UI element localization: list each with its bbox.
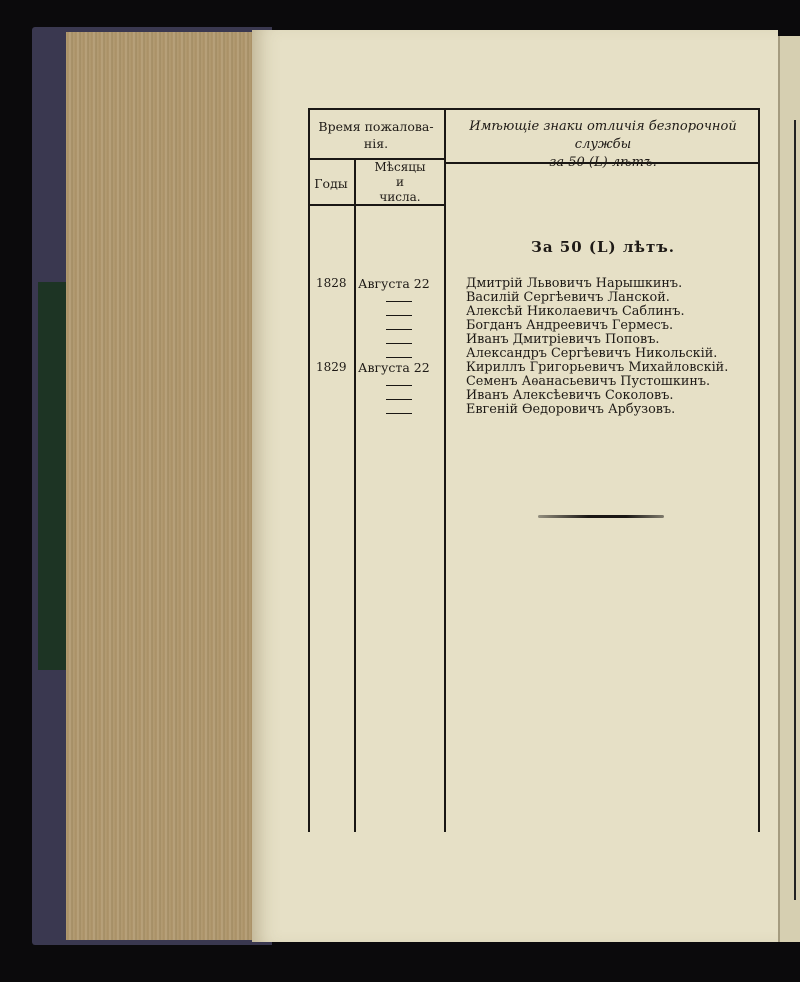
ditto-mark <box>386 413 412 414</box>
ditto-mark <box>386 399 412 400</box>
header-award-title-text: Имѣющіе знаки отличія безпорочной службы… <box>446 118 760 172</box>
list-item-name: Евгеній Ѳедоровичъ Арбузовъ. <box>466 402 675 417</box>
list-item-name: Алексѣй Николаевичъ Саблинъ. <box>466 304 685 319</box>
list-item-name: Богданъ Андреевичъ Гермесъ. <box>466 318 673 333</box>
group-year: 1829 <box>316 360 347 374</box>
list-item-name: Иванъ Алексѣевичъ Соколовъ. <box>466 388 673 403</box>
ditto-mark <box>386 315 412 316</box>
group-date: Августа 22 <box>358 276 430 291</box>
list-item-name: Василій Сергѣевичъ Ланской. <box>466 290 670 305</box>
header-time-granted-text: Время пожалова- нія. <box>308 118 444 152</box>
list-item-name: Кириллъ Григорьевичъ Михайловскій. <box>466 360 728 375</box>
table-right-border <box>758 108 760 832</box>
header-award-title: Имѣющіе знаки отличія безпорочной службы… <box>446 118 760 172</box>
table-top-border <box>308 108 760 110</box>
group-date: Августа 22 <box>358 360 430 375</box>
header-months-days-text: Мѣсяцы и числа. <box>356 160 444 205</box>
section-end-rule <box>538 515 664 518</box>
page-edges <box>66 32 256 940</box>
list-item-name: Иванъ Дмитріевичъ Поповъ. <box>466 332 659 347</box>
list-item-name: Дмитрій Львовичъ Нарышкинъ. <box>466 276 682 291</box>
header-time-granted: Время пожалова- нія. <box>308 118 444 152</box>
ditto-mark <box>386 343 412 344</box>
next-page-table-border <box>794 120 796 900</box>
book-cover-green-spine <box>38 282 68 670</box>
ditto-mark <box>386 385 412 386</box>
column-divider-years <box>354 160 356 832</box>
list-item-name: Семенъ Аѳанасьевичъ Пустошкинъ. <box>466 374 710 389</box>
next-page-edge <box>778 36 800 942</box>
ditto-mark <box>386 357 412 358</box>
header-years: Годы <box>308 176 354 191</box>
table-left-border <box>308 108 310 832</box>
awards-table: Время пожалова- нія. Имѣющіе знаки отлич… <box>308 108 760 832</box>
ditto-mark <box>386 301 412 302</box>
ditto-mark <box>386 329 412 330</box>
list-item-name: Александръ Сергѣевичъ Никольскій. <box>466 346 717 361</box>
section-title: За 50 (L) лѣтъ. <box>446 238 760 256</box>
column-divider-names <box>444 108 446 832</box>
group-year: 1828 <box>316 276 347 290</box>
header-months-days: Мѣсяцы и числа. <box>356 160 444 205</box>
